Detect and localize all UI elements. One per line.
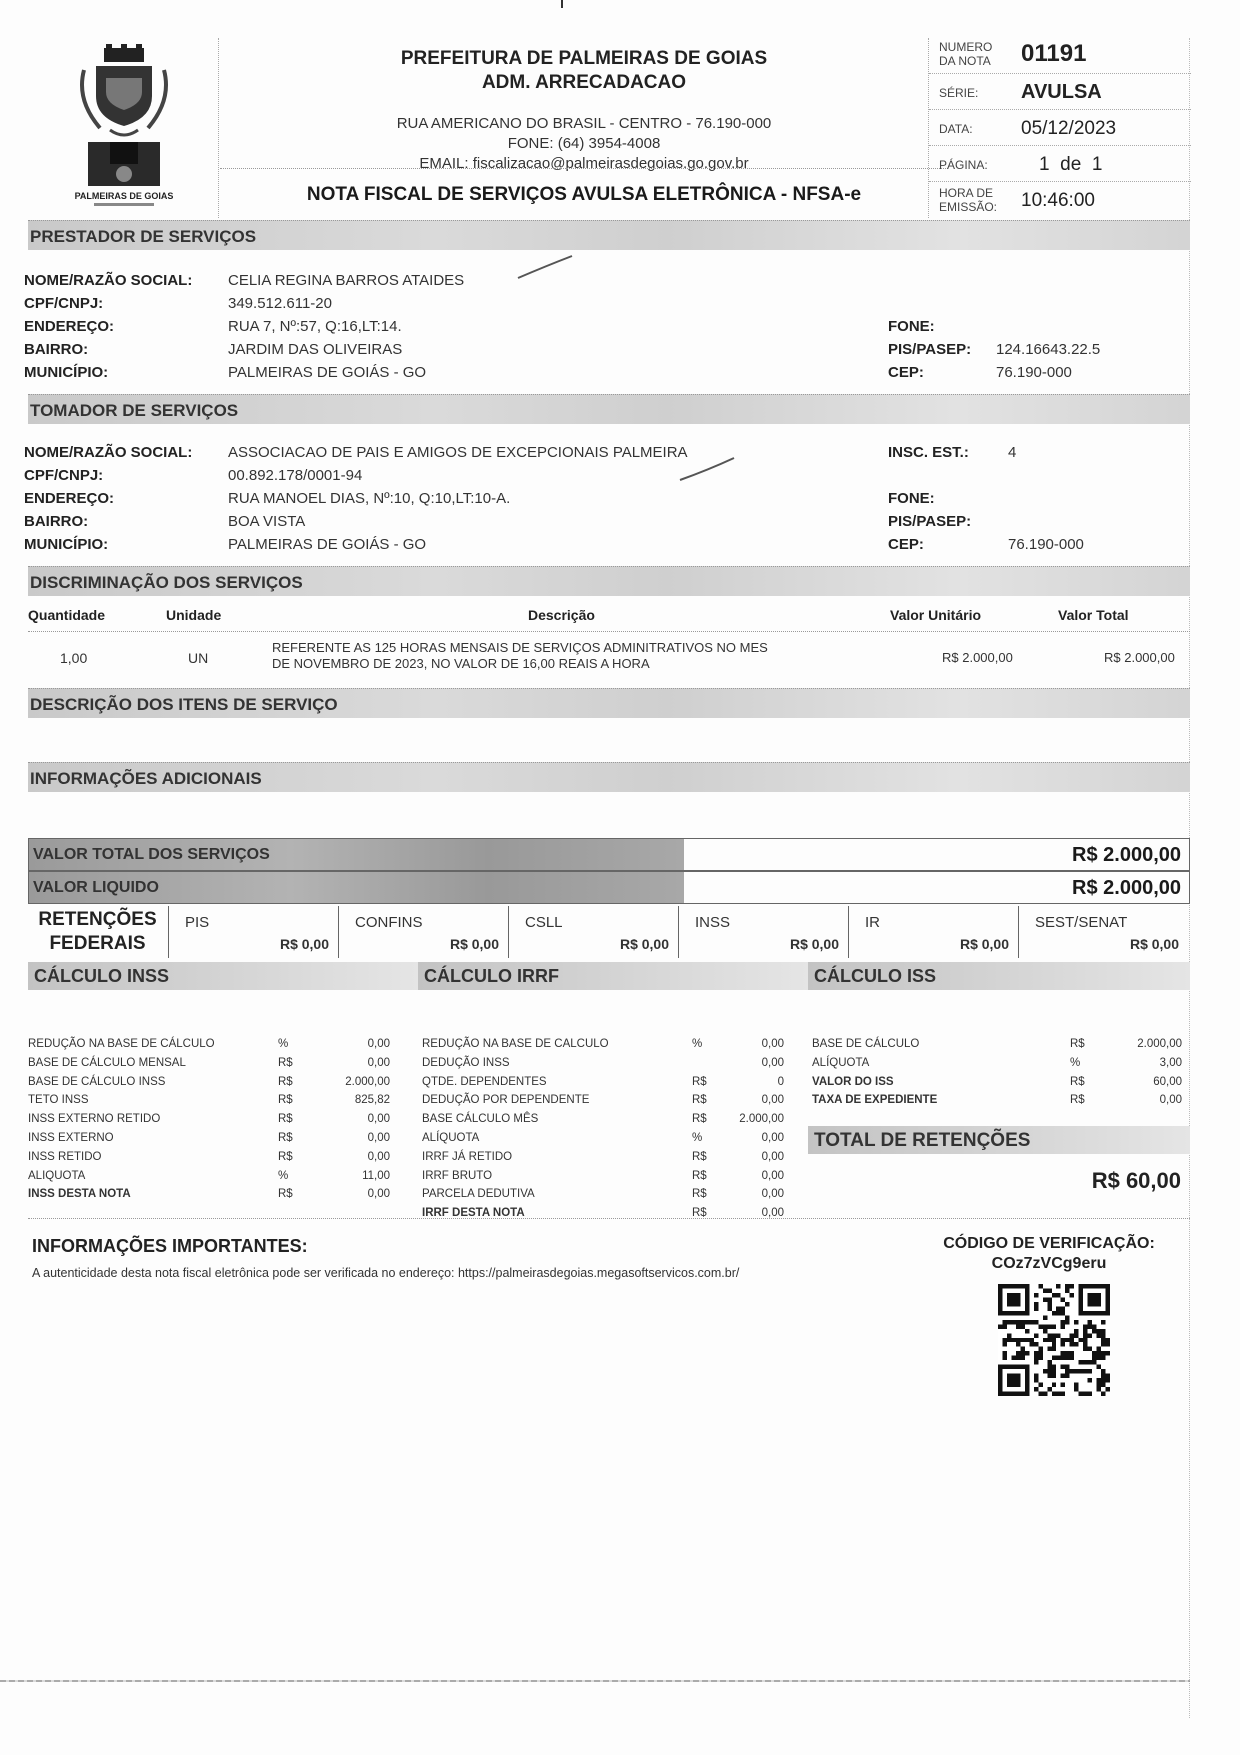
retencao-name: INSS	[695, 914, 730, 931]
section-servicos: DISCRIMINAÇÃO DOS SERVIÇOS	[28, 566, 1190, 596]
prestador-endereco-label: ENDEREÇO:	[24, 318, 114, 335]
tomador-cep-label: CEP:	[888, 536, 924, 553]
tomador-municipio: PALMEIRAS DE GOIÁS - GO	[228, 536, 426, 553]
calc-value: 2.000,00	[739, 1113, 784, 1125]
calc-value: 0,00	[368, 1113, 390, 1125]
calc-row: INSS EXTERNOR$0,00	[28, 1132, 390, 1150]
retencao-sest-senat: SEST/SENATR$ 0,00	[1018, 906, 1185, 958]
section-descricao-itens: DESCRIÇÃO DOS ITENS DE SERVIÇO	[28, 688, 1190, 718]
prestador-cep: 76.190-000	[996, 364, 1072, 381]
retencao-value: R$ 0,00	[280, 936, 329, 952]
verification-code: COz7zVCg9eru	[918, 1255, 1180, 1273]
tomador-nome-label: NOME/RAZÃO SOCIAL:	[24, 444, 192, 461]
total-retencoes-label: TOTAL DE RETENÇÕES	[814, 1130, 1030, 1152]
retencao-name: PIS	[185, 914, 209, 931]
prestador-municipio: PALMEIRAS DE GOIÁS - GO	[228, 364, 426, 381]
pagina-label: PÁGINA:	[939, 158, 988, 172]
calc-label: BASE DE CÁLCULO INSS	[28, 1076, 165, 1088]
prestador-pis-label: PIS/PASEP:	[888, 341, 971, 358]
calc-unit: R$	[692, 1076, 707, 1088]
col-descricao: Descrição	[528, 607, 595, 623]
issuer-email: EMAIL: fiscalizacao@palmeirasdegoias.go.…	[220, 154, 948, 174]
calc-value: 60,00	[1153, 1076, 1182, 1088]
retencao-value: R$ 0,00	[620, 936, 669, 952]
calc-row: TETO INSSR$825,82	[28, 1094, 390, 1112]
col-valor-total: Valor Total	[1058, 607, 1129, 623]
calc-value: 0,00	[368, 1057, 390, 1069]
calc-unit: R$	[1070, 1038, 1085, 1050]
verification-block: CÓDIGO DE VERIFICAÇÃO: COz7zVCg9eru	[918, 1235, 1180, 1273]
prestador-pis: 124.16643.22.5	[996, 341, 1100, 358]
issuer-name: PREFEITURA DE PALMEIRAS DE GOIAS	[220, 48, 948, 70]
hora-label: HORA DEEMISSÃO:	[939, 186, 997, 214]
scan-mark	[561, 0, 563, 8]
calc-value: 11,00	[362, 1170, 390, 1182]
section-tomador: TOMADOR DE SERVIÇOS	[28, 394, 1190, 424]
calc-value: 0,00	[762, 1170, 784, 1182]
tomador-endereco-label: ENDEREÇO:	[24, 490, 114, 507]
row-valor-unitario: R$ 2.000,00	[942, 650, 1013, 665]
header-separator	[220, 168, 948, 169]
retencoes-federais: RETENÇÕESFEDERAIS PISR$ 0,00CONFINSR$ 0,…	[28, 906, 1190, 958]
calc-unit: R$	[278, 1113, 293, 1125]
invoice-meta: NUMERODA NOTA 01191 SÉRIE: AVULSA DATA: …	[928, 38, 1190, 218]
row-quantidade: 1,00	[60, 650, 87, 666]
prestador-cpf: 349.512.611-20	[228, 295, 332, 312]
calc-unit: R$	[692, 1113, 707, 1125]
calc-value: 0,00	[762, 1188, 784, 1200]
tomador-fone-label: FONE:	[888, 490, 935, 507]
calc-row: BASE CÁLCULO MÊSR$2.000,00	[422, 1113, 784, 1131]
calc-unit: R$	[692, 1188, 707, 1200]
calc-row: IRRF BRUTOR$0,00	[422, 1170, 784, 1188]
retencao-ir: IRR$ 0,00	[848, 906, 1015, 958]
important-info-title: INFORMAÇÕES IMPORTANTES:	[32, 1236, 308, 1257]
calc-value: 2.000,00	[345, 1076, 390, 1088]
calc-row: REDUÇÃO NA BASE DE CÁLCULO%0,00	[28, 1038, 390, 1056]
calc-row: INSS DESTA NOTAR$0,00	[28, 1188, 390, 1206]
retencao-name: IR	[865, 914, 880, 931]
prestador-municipio-label: MUNICÍPIO:	[24, 364, 108, 381]
tomador-insc-label: INSC. EST.:	[888, 444, 969, 461]
retencao-confins: CONFINSR$ 0,00	[338, 906, 505, 958]
issuer-address: RUA AMERICANO DO BRASIL - CENTRO - 76.19…	[220, 114, 948, 134]
calc-value: 0,00	[762, 1038, 784, 1050]
calc-label: DEDUÇÃO INSS	[422, 1057, 510, 1069]
meta-serie: SÉRIE: AVULSA	[929, 74, 1191, 110]
calculo-iss-header: CÁLCULO ISS	[808, 962, 1190, 990]
retencao-value: R$ 0,00	[790, 936, 839, 952]
tomador-cpf-label: CPF/CNPJ:	[24, 467, 103, 484]
calc-unit: %	[1070, 1057, 1080, 1069]
calc-row: TAXA DE EXPEDIENTER$0,00	[812, 1094, 1182, 1112]
section-title: TOMADOR DE SERVIÇOS	[30, 401, 238, 421]
calc-row: PARCELA DEDUTIVAR$0,00	[422, 1188, 784, 1206]
calc-row: QTDE. DEPENDENTESR$0	[422, 1076, 784, 1094]
calc-unit: R$	[278, 1188, 293, 1200]
valor-total-label: VALOR TOTAL DOS SERVIÇOS	[33, 846, 270, 864]
calc-label: ALÍQUOTA	[812, 1057, 869, 1069]
calculo-inss-header: CÁLCULO INSS	[28, 962, 418, 990]
invoice-series: AVULSA	[1021, 81, 1102, 104]
table-header-separator	[28, 631, 1190, 632]
calc-value: 0,00	[368, 1132, 390, 1144]
meta-hora: HORA DEEMISSÃO: 10:46:00	[929, 182, 1191, 218]
valor-liquido-row: VALOR LIQUIDO R$ 2.000,00	[28, 871, 1190, 904]
authenticity-notice: A autenticidade desta nota fiscal eletrô…	[32, 1266, 739, 1280]
calculo-inss-title: CÁLCULO INSS	[34, 966, 169, 987]
calc-label: BASE CÁLCULO MÊS	[422, 1113, 538, 1125]
qr-code-icon[interactable]	[998, 1284, 1110, 1396]
calc-label: QTDE. DEPENDENTES	[422, 1076, 547, 1088]
retencao-name: CONFINS	[355, 914, 423, 931]
issuer-block: PREFEITURA DE PALMEIRAS DE GOIAS ADM. AR…	[220, 38, 948, 174]
calc-label: INSS RETIDO	[28, 1151, 101, 1163]
row-descricao-line1: REFERENTE AS 125 HORAS MENSAIS DE SERVIÇ…	[272, 640, 768, 655]
calc-label: INSS EXTERNO	[28, 1132, 114, 1144]
calc-label: DEDUÇÃO POR DEPENDENTE	[422, 1094, 589, 1106]
prestador-cep-label: CEP:	[888, 364, 924, 381]
col-valor-unitario: Valor Unitário	[890, 607, 981, 623]
calc-row: VALOR DO ISSR$60,00	[812, 1076, 1182, 1094]
calc-row: INSS EXTERNO RETIDOR$0,00	[28, 1113, 390, 1131]
calculo-iss-title: CÁLCULO ISS	[814, 966, 936, 987]
calc-unit: R$	[692, 1151, 707, 1163]
prestador-nome: CELIA REGINA BARROS ATAIDES	[228, 272, 464, 289]
header-divider	[218, 38, 219, 218]
row-descricao-line2: DE NOVEMBRO DE 2023, NO VALOR DE 16,00 R…	[272, 656, 650, 671]
calc-row: IRRF JÁ RETIDOR$0,00	[422, 1151, 784, 1169]
total-retencoes-value: R$ 60,00	[1092, 1168, 1181, 1194]
pen-mark-icon	[516, 252, 576, 282]
calc-label: TAXA DE EXPEDIENTE	[812, 1094, 937, 1106]
data-label: DATA:	[939, 122, 973, 136]
municipal-coat-of-arms-icon: PALMEIRAS DE GOIAS	[60, 44, 188, 210]
calc-value: 0,00	[762, 1057, 784, 1069]
retencao-value: R$ 0,00	[450, 936, 499, 952]
calc-label: IRRF BRUTO	[422, 1170, 492, 1182]
calc-value: 0,00	[368, 1038, 390, 1050]
invoice-header: PALMEIRAS DE GOIAS PREFEITURA DE PALMEIR…	[28, 38, 1190, 218]
invoice-number: 01191	[1021, 40, 1086, 68]
calc-value: 2.000,00	[1137, 1038, 1182, 1050]
tomador-municipio-label: MUNICÍPIO:	[24, 536, 108, 553]
col-unidade: Unidade	[166, 607, 221, 623]
calc-label: TETO INSS	[28, 1094, 89, 1106]
section-title: PRESTADOR DE SERVIÇOS	[30, 227, 256, 247]
prestador-fone-label: FONE:	[888, 318, 935, 335]
section-title: DESCRIÇÃO DOS ITENS DE SERVIÇO	[30, 695, 338, 715]
prestador-cpf-label: CPF/CNPJ:	[24, 295, 103, 312]
section-info-adicionais: INFORMAÇÕES ADICIONAIS	[28, 762, 1190, 792]
calc-unit: R$	[1070, 1076, 1085, 1088]
emission-time: 10:46:00	[1021, 190, 1095, 212]
calc-value: 0,00	[368, 1188, 390, 1200]
total-retencoes-header: TOTAL DE RETENÇÕES	[808, 1126, 1190, 1154]
calc-row: INSS RETIDOR$0,00	[28, 1151, 390, 1169]
footer-separator	[28, 1218, 1190, 1219]
issuer-contact: RUA AMERICANO DO BRASIL - CENTRO - 76.19…	[220, 114, 948, 174]
calc-value: 0,00	[368, 1151, 390, 1163]
calc-unit: %	[692, 1132, 702, 1144]
retencao-name: CSLL	[525, 914, 563, 931]
calc-label: REDUÇÃO NA BASE DE CALCULO	[422, 1038, 609, 1050]
invoice-page: PALMEIRAS DE GOIAS PREFEITURA DE PALMEIR…	[28, 38, 1190, 1718]
numero-label: NUMERODA NOTA	[939, 40, 992, 68]
retencao-pis: PISR$ 0,00	[168, 906, 335, 958]
calc-label: ALÍQUOTA	[422, 1132, 479, 1144]
retencao-value: R$ 0,00	[960, 936, 1009, 952]
tomador-insc: 4	[1008, 444, 1016, 461]
prestador-bairro-label: BAIRRO:	[24, 341, 88, 358]
calc-unit: R$	[1070, 1094, 1085, 1106]
calc-row: ALÍQUOTA%3,00	[812, 1057, 1182, 1075]
prestador-bairro: JARDIM DAS OLIVEIRAS	[228, 341, 402, 358]
valor-liquido: R$ 2.000,00	[1072, 877, 1181, 900]
meta-data: DATA: 05/12/2023	[929, 110, 1191, 146]
serie-label: SÉRIE:	[939, 86, 978, 100]
tomador-bairro: BOA VISTA	[228, 513, 305, 530]
meta-numero: NUMERODA NOTA 01191	[929, 38, 1191, 74]
calc-label: REDUÇÃO NA BASE DE CÁLCULO	[28, 1038, 215, 1050]
calc-label: VALOR DO ISS	[812, 1076, 894, 1088]
section-title: INFORMAÇÕES ADICIONAIS	[30, 769, 262, 789]
tomador-pis-label: PIS/PASEP:	[888, 513, 971, 530]
calc-row: DEDUÇÃO POR DEPENDENTER$0,00	[422, 1094, 784, 1112]
calc-label: IRRF JÁ RETIDO	[422, 1151, 512, 1163]
tomador-endereco: RUA MANOEL DIAS, Nº:10, Q:10,LT:10-A.	[228, 490, 510, 507]
row-valor-total: R$ 2.000,00	[1104, 650, 1175, 665]
calc-label: INSS EXTERNO RETIDO	[28, 1113, 160, 1125]
calc-unit: %	[278, 1038, 288, 1050]
calc-value: 0,00	[1160, 1094, 1182, 1106]
section-title: DISCRIMINAÇÃO DOS SERVIÇOS	[30, 573, 303, 593]
calc-label: INSS DESTA NOTA	[28, 1188, 131, 1200]
svg-text:PALMEIRAS DE GOIAS: PALMEIRAS DE GOIAS	[75, 191, 174, 201]
calc-value: 0	[778, 1076, 784, 1088]
calc-row: IRRF DESTA NOTAR$0,00	[422, 1207, 784, 1225]
valor-liquido-label: VALOR LIQUIDO	[33, 879, 159, 897]
calc-label: BASE DE CÁLCULO MENSAL	[28, 1057, 186, 1069]
calc-value: 0,00	[762, 1132, 784, 1144]
calc-label: BASE DE CÁLCULO	[812, 1038, 919, 1050]
invoice-date: 05/12/2023	[1021, 118, 1116, 140]
retencao-inss: INSSR$ 0,00	[678, 906, 845, 958]
col-quantidade: Quantidade	[28, 607, 105, 623]
calc-unit: R$	[692, 1170, 707, 1182]
calc-row: REDUÇÃO NA BASE DE CALCULO%0,00	[422, 1038, 784, 1056]
calc-row: BASE DE CÁLCULO MENSALR$0,00	[28, 1057, 390, 1075]
row-unidade: UN	[188, 650, 208, 666]
calculo-irrf-title: CÁLCULO IRRF	[424, 966, 559, 987]
calc-value: 3,00	[1160, 1057, 1182, 1069]
calc-unit: %	[692, 1038, 702, 1050]
tomador-nome: ASSOCIACAO DE PAIS E AMIGOS DE EXCEPCION…	[228, 444, 688, 461]
retencao-csll: CSLLR$ 0,00	[508, 906, 675, 958]
pen-mark-icon	[678, 454, 738, 484]
calc-value: 0,00	[762, 1094, 784, 1106]
calc-label: PARCELA DEDUTIVA	[422, 1188, 535, 1200]
calc-unit: R$	[278, 1057, 293, 1069]
valor-total: R$ 2.000,00	[1072, 844, 1181, 867]
verification-label: CÓDIGO DE VERIFICAÇÃO:	[918, 1235, 1180, 1253]
tomador-bairro-label: BAIRRO:	[24, 513, 88, 530]
valor-total-row: VALOR TOTAL DOS SERVIÇOS R$ 2.000,00	[28, 838, 1190, 871]
issuer-department: ADM. ARRECADACAO	[220, 72, 948, 94]
calculo-irrf-header: CÁLCULO IRRF	[418, 962, 808, 990]
tomador-cep: 76.190-000	[1008, 536, 1084, 553]
document-title: NOTA FISCAL DE SERVIÇOS AVULSA ELETRÔNIC…	[220, 184, 948, 206]
section-prestador: PRESTADOR DE SERVIÇOS	[28, 220, 1190, 250]
prestador-endereco: RUA 7, Nº:57, Q:16,LT:14.	[228, 318, 402, 335]
scan-edge	[0, 1680, 1190, 1682]
calc-unit: R$	[278, 1132, 293, 1144]
calc-unit: R$	[278, 1151, 293, 1163]
calc-value: 825,82	[355, 1094, 390, 1106]
calc-value: 0,00	[762, 1151, 784, 1163]
calc-row: BASE DE CÁLCULO INSSR$2.000,00	[28, 1076, 390, 1094]
calc-row: BASE DE CÁLCULOR$2.000,00	[812, 1038, 1182, 1056]
calc-unit: R$	[278, 1094, 293, 1106]
issuer-phone: FONE: (64) 3954-4008	[220, 134, 948, 154]
retencao-name: SEST/SENAT	[1035, 914, 1127, 931]
calc-label: ALIQUOTA	[28, 1170, 85, 1182]
calc-unit: R$	[692, 1094, 707, 1106]
calc-row: ALÍQUOTA%0,00	[422, 1132, 784, 1150]
retencao-value: R$ 0,00	[1130, 936, 1179, 952]
prestador-nome-label: NOME/RAZÃO SOCIAL:	[24, 272, 192, 289]
calc-row: ALIQUOTA%11,00	[28, 1170, 390, 1188]
retencoes-title: RETENÇÕESFEDERAIS	[30, 908, 165, 956]
calc-unit: R$	[278, 1076, 293, 1088]
calc-unit: %	[278, 1170, 288, 1182]
calc-row: DEDUÇÃO INSS0,00	[422, 1057, 784, 1075]
page-indicator: 1 de 1	[1039, 154, 1102, 176]
tomador-cpf: 00.892.178/0001-94	[228, 467, 362, 484]
meta-pagina: PÁGINA: 1 de 1	[929, 146, 1191, 182]
